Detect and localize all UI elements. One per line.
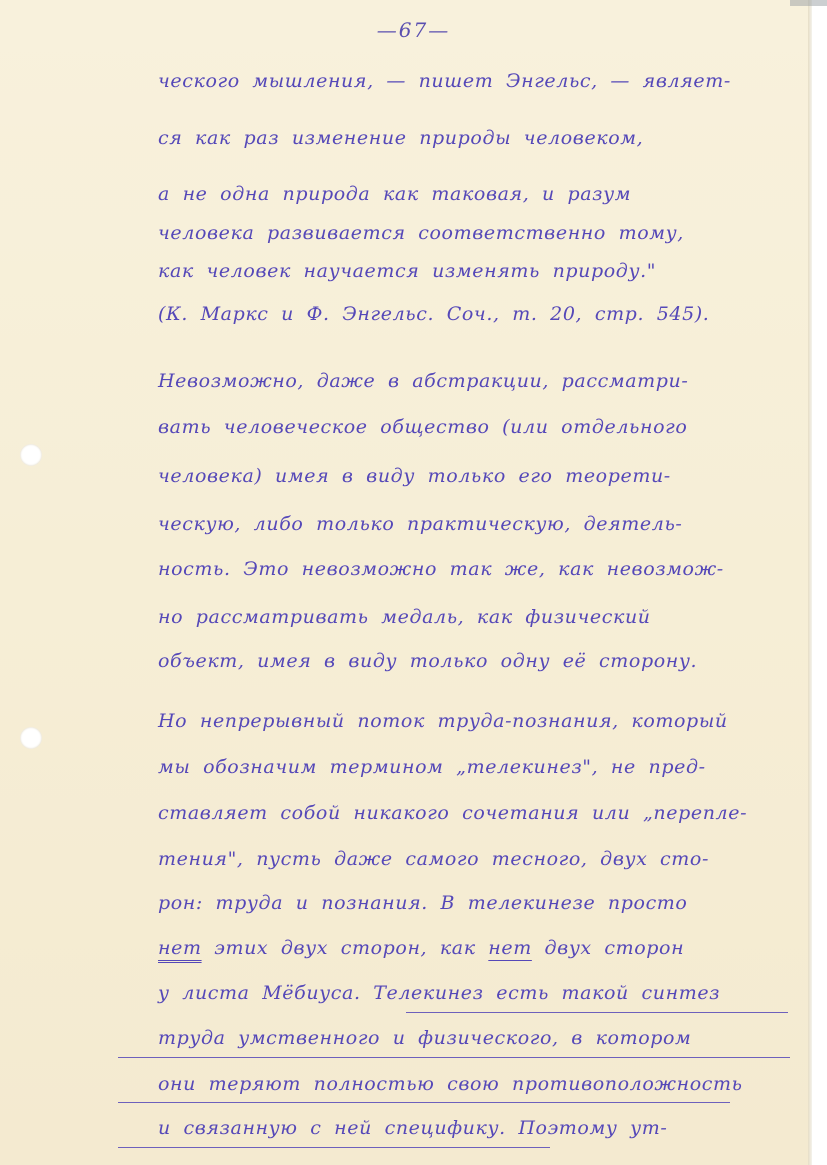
double-underlined-word: нет [158, 937, 202, 959]
text-line: человека) имея в виду только его теорети… [158, 465, 671, 487]
text-line: ся как раз изменение природы человеком, [158, 127, 643, 149]
underlined-phrase: Телекинез есть такой синтез [373, 982, 720, 1004]
text-line-emphasis: и связанную с ней специфику. Поэтому ут- [158, 1117, 667, 1139]
text-fragment: двух сторон [532, 937, 684, 959]
text-line: но рассматривать медаль, как физический [158, 606, 651, 628]
underline-rule [118, 1057, 790, 1058]
underline-rule [118, 1147, 550, 1148]
text-line-emphasis: нет этих двух сторон, как нет двух сторо… [158, 937, 684, 959]
text-line: ставляет собой никакого сочетания или „п… [158, 802, 747, 824]
underline-rule [406, 1012, 788, 1013]
text-line: рон: труда и познания. В телекинезе прос… [158, 892, 687, 914]
text-line: а не одна природа как таковая, и разум [158, 183, 631, 205]
punch-hole-top [20, 444, 42, 466]
text-line: ческого мышления, — пишет Энгельс, — явл… [158, 70, 731, 92]
underlined-word: нет [488, 937, 532, 959]
text-line: как человек научается изменять природу." [158, 260, 656, 282]
page-number: —67— [0, 18, 827, 42]
text-fragment: Поэтому ут- [506, 1117, 668, 1139]
underlined-phrase: и связанную с ней специфику. [158, 1117, 506, 1139]
text-line: объект, имея в виду только одну её сторо… [158, 650, 697, 672]
text-line: Но непрерывный поток труда-познания, кот… [158, 710, 728, 732]
page-edge-shadow [790, 0, 827, 6]
underlined-text-line: труда умственного и физического, в котор… [158, 1027, 691, 1049]
underline-rule [118, 1102, 730, 1103]
text-line: мы обозначим термином „телекинез", не пр… [158, 756, 706, 778]
text-fragment: у листа Мёбиуса. [158, 982, 373, 1004]
text-line: человека развивается соответственно тому… [158, 222, 684, 244]
text-line-emphasis: у листа Мёбиуса. Телекинез есть такой си… [158, 982, 720, 1004]
text-line: ческую, либо только практическую, деятел… [158, 513, 682, 535]
text-line: вать человеческое общество (или отдельно… [158, 416, 687, 438]
text-line: Невозможно, даже в абстракции, рассматри… [158, 370, 688, 392]
underlined-text-line: они теряют полностью свою противоположно… [158, 1073, 743, 1095]
text-fragment: этих двух сторон, как [202, 937, 489, 959]
text-line: (К. Маркс и Ф. Энгельс. Соч., т. 20, стр… [158, 303, 709, 325]
punch-hole-bottom [20, 727, 42, 749]
text-line: тения", пусть даже самого тесного, двух … [158, 848, 709, 870]
text-line: ность. Это невозможно так же, как невозм… [158, 558, 724, 580]
